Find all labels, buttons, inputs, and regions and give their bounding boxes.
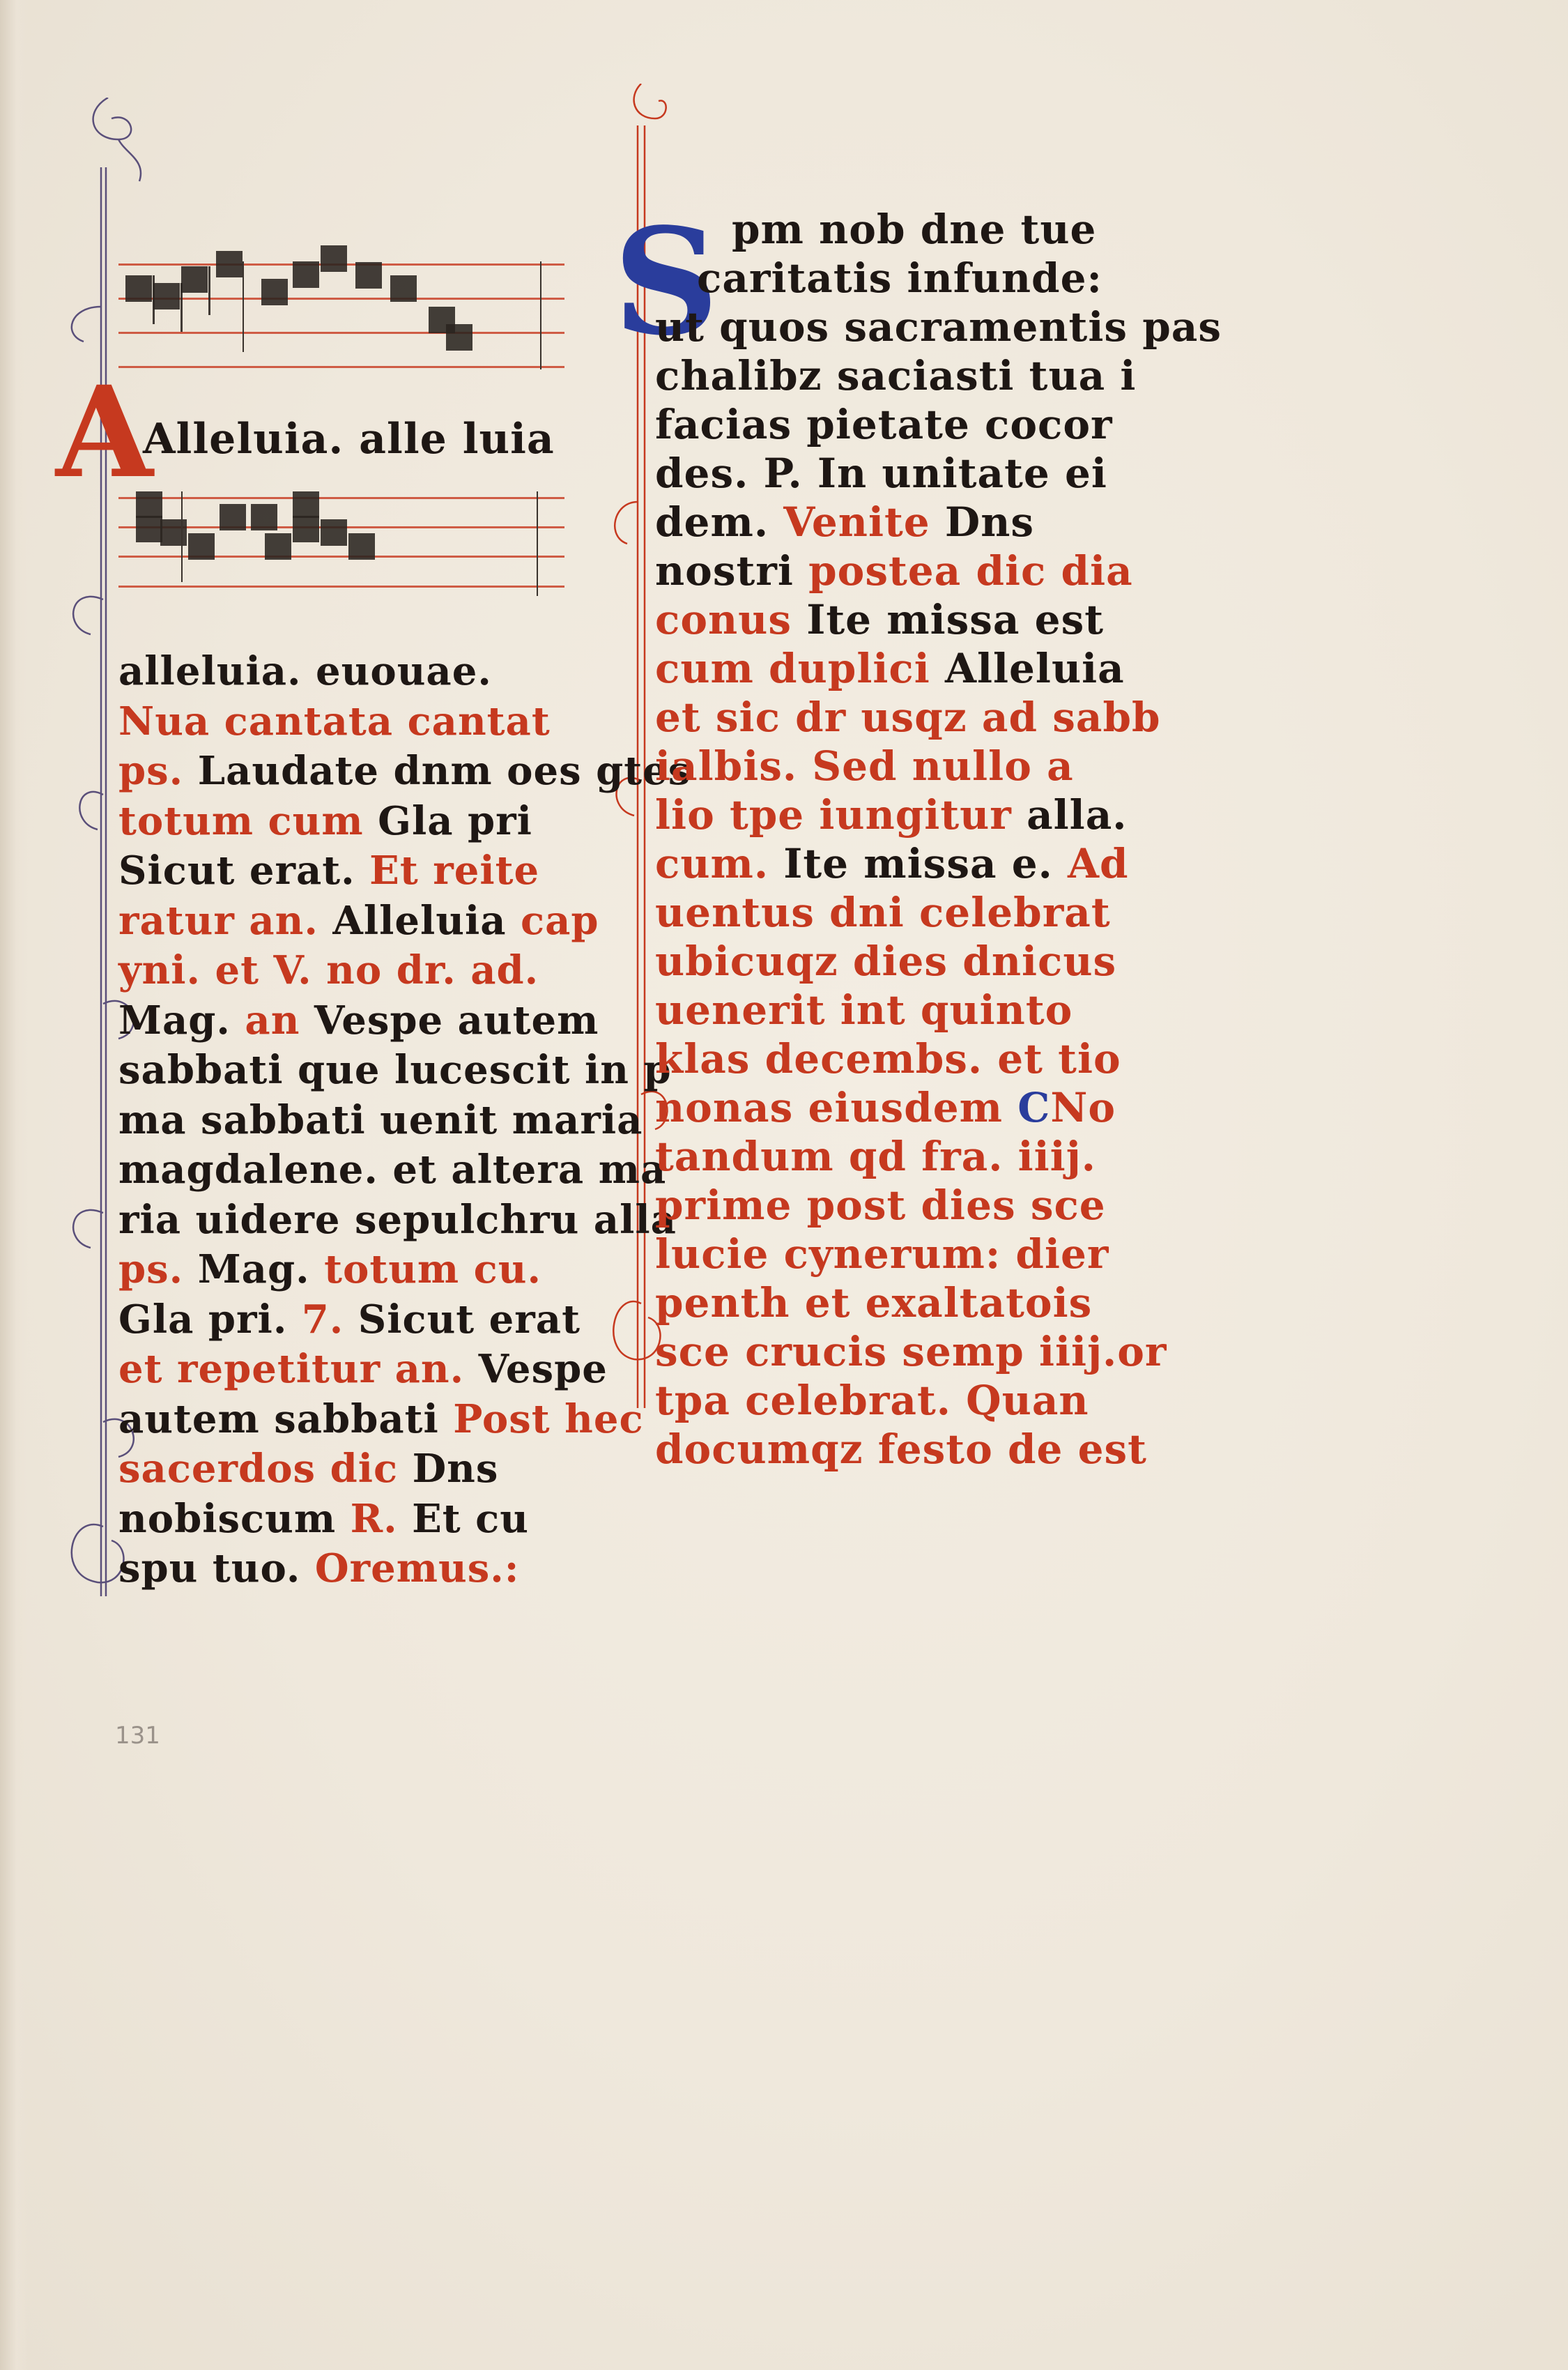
neume xyxy=(293,491,319,518)
text-line: cum. Ite missa e. Ad xyxy=(655,843,1129,884)
rubric-text: totum cu. xyxy=(324,1246,541,1292)
rubric-text: tandum qd fra. iiij. xyxy=(655,1133,1096,1180)
text-segment: Vespe autem xyxy=(314,997,599,1043)
rubric-text: cap xyxy=(521,898,599,944)
text-line: ratur an. Alleluia cap xyxy=(118,901,599,940)
rubric-text: uenerit int quinto xyxy=(655,986,1073,1034)
text-line: ps. Mag. totum cu. xyxy=(118,1250,541,1289)
text-line: nostri postea dic dia xyxy=(655,551,1133,591)
neume xyxy=(160,519,187,546)
music-staff-2 xyxy=(118,491,564,631)
rubric-text: cum. xyxy=(655,840,783,887)
text-line: tandum qd fra. iiij. xyxy=(655,1136,1096,1177)
text-segment: dem. xyxy=(655,498,783,546)
text-line: Mag. an Vespe autem xyxy=(118,1001,599,1040)
text-segment: Laudate dnm oes gtes xyxy=(198,748,691,794)
text-line: magdalene. et altera ma xyxy=(118,1150,666,1189)
neume xyxy=(261,279,288,305)
rubric-text: R. xyxy=(351,1496,413,1542)
neume xyxy=(251,504,277,530)
text-line: sacerdos dic Dns xyxy=(118,1449,498,1488)
text-line: alleluia. euouae. xyxy=(118,652,492,691)
neume xyxy=(265,533,291,560)
text-line: ubicuqz dies dnicus xyxy=(655,941,1116,981)
text-segment: ma sabbati uenit maria xyxy=(118,1097,643,1143)
text-line: Gla pri. 7. Sicut erat xyxy=(118,1300,581,1339)
text-segment: ria uidere sepulchru alla xyxy=(118,1197,677,1243)
text-line: chalibz saciasti tua i xyxy=(655,355,1136,396)
neume xyxy=(136,491,162,518)
rubric-text: totum cum xyxy=(118,798,378,844)
rubric-text: documqz festo de est xyxy=(655,1425,1147,1473)
music-staff-1 xyxy=(118,258,564,397)
text-line: Sicut erat. Et reite xyxy=(118,851,539,890)
text-line: dem. Venite Dns xyxy=(655,502,1034,542)
text-segment: Gla pri. xyxy=(118,1297,302,1343)
neume xyxy=(321,519,347,546)
text-segment: Mag. xyxy=(118,997,245,1043)
rubric-text: 7. xyxy=(302,1297,358,1343)
rubric-text: sce crucis semp iiij.or xyxy=(655,1328,1167,1375)
text-segment: caritatis infunde: xyxy=(697,254,1102,302)
rubric-text: prime post dies sce xyxy=(655,1182,1106,1229)
neume xyxy=(181,266,208,293)
rubric-text: klas decembs. et tio xyxy=(655,1035,1121,1083)
text-line: ma sabbati uenit maria xyxy=(118,1101,643,1140)
rubric-text: ratur an. xyxy=(118,898,332,944)
text-segment: Alleluia xyxy=(945,645,1125,692)
text-line: autem sabbati Post hec xyxy=(118,1400,644,1439)
text-line: ialbis. Sed nullo a xyxy=(655,746,1074,786)
neume xyxy=(188,533,215,560)
text-segment: nostri xyxy=(655,547,808,595)
text-segment: Dns xyxy=(413,1446,499,1492)
rubric-text: et sic dr usqz ad sabb xyxy=(655,694,1161,741)
rubric-text: Venite xyxy=(783,498,945,546)
neume xyxy=(348,533,375,560)
text-segment: alleluia. euouae. xyxy=(118,648,492,694)
text-line: des. P. In unitate ei xyxy=(655,453,1107,494)
neume xyxy=(355,262,382,289)
text-line: ps. Laudate dnm oes gtes xyxy=(118,751,691,790)
text-line: ria uidere sepulchru alla xyxy=(118,1200,677,1239)
neume xyxy=(293,261,319,288)
text-segment: Alleluia xyxy=(332,898,521,944)
rubric-text: Post hec xyxy=(453,1396,643,1442)
text-line: uenerit int quinto xyxy=(655,990,1073,1030)
rubric-text: conus xyxy=(655,596,806,643)
text-line: caritatis infunde: xyxy=(697,258,1102,298)
rubric-text: No xyxy=(1050,1084,1116,1131)
rubric-text: lucie cynerum: dier xyxy=(655,1230,1109,1278)
text-segment: Gla pri xyxy=(378,798,532,844)
neume xyxy=(216,251,243,277)
rubric-text: Ad xyxy=(1068,840,1129,887)
text-line: pm nob dne tue xyxy=(732,209,1096,250)
text-line: tpa celebrat. Quan xyxy=(655,1380,1089,1421)
rubric-text: yni. et V. no dr. ad. xyxy=(118,947,539,993)
rubric-text: Oremus.: xyxy=(315,1545,520,1591)
neume xyxy=(125,275,152,302)
text-line: totum cum Gla pri xyxy=(118,802,532,841)
neume xyxy=(136,516,162,542)
rubric-text: nonas eiusdem xyxy=(655,1084,1017,1131)
rubric-text: et repetitur an. xyxy=(118,1346,479,1392)
text-segment: nobiscum xyxy=(118,1496,351,1542)
text-segment: Ite missa e. xyxy=(783,840,1068,887)
text-segment: pm nob dne tue xyxy=(732,206,1096,253)
text-segment: Dns xyxy=(945,498,1034,546)
rubric-text: sacerdos dic xyxy=(118,1446,413,1492)
neume xyxy=(293,516,319,542)
text-segment: Vespe xyxy=(479,1346,608,1392)
neume xyxy=(220,504,246,530)
rubric-text: ialbis. Sed nullo a xyxy=(655,742,1074,790)
text-segment: chalibz saciasti tua i xyxy=(655,352,1136,399)
text-segment: Sicut erat. xyxy=(118,848,369,894)
text-line: ut quos sacramentis pas xyxy=(655,307,1222,347)
text-line: prime post dies sce xyxy=(655,1185,1106,1225)
text-line: yni. et V. no dr. ad. xyxy=(118,951,539,990)
text-line: cum duplici Alleluia xyxy=(655,648,1125,689)
text-line: lucie cynerum: dier xyxy=(655,1234,1109,1274)
neume xyxy=(153,283,180,309)
rubric-text: an xyxy=(245,997,314,1043)
text-line: et repetitur an. Vespe xyxy=(118,1350,608,1389)
text-segment: autem sabbati xyxy=(118,1396,453,1442)
neume xyxy=(321,245,347,272)
text-line: Nua cantata cantat xyxy=(118,702,551,741)
folio-number: 131 xyxy=(115,1722,160,1750)
text-line: sce crucis semp iiij.or xyxy=(655,1331,1167,1372)
text-segment: sabbati que lucescit in p xyxy=(118,1047,672,1093)
text-line: facias pietate cocor xyxy=(655,404,1113,445)
text-segment: Et cu xyxy=(412,1496,529,1542)
rubric-text: ubicuqz dies dnicus xyxy=(655,938,1116,985)
text-segment: des. P. In unitate ei xyxy=(655,450,1107,497)
initial-letter-A: A xyxy=(56,376,139,495)
rubric-text: ps. xyxy=(118,1246,198,1292)
text-segment: spu tuo. xyxy=(118,1545,315,1591)
text-line: et sic dr usqz ad sabb xyxy=(655,697,1161,737)
text-line: conus Ite missa est xyxy=(655,599,1104,640)
rubric-text: uentus dni celebrat xyxy=(655,889,1111,936)
rubric-text: cum duplici xyxy=(655,645,945,692)
text-line: spu tuo. Oremus.: xyxy=(118,1549,519,1588)
text-segment: magdalene. et altera ma xyxy=(118,1147,666,1193)
text-segment: alla. xyxy=(1027,791,1127,839)
text-line: uentus dni celebrat xyxy=(655,892,1111,933)
text-line: penth et exaltatois xyxy=(655,1283,1092,1323)
neume xyxy=(446,324,472,351)
text-segment: Mag. xyxy=(198,1246,324,1292)
text-segment: C xyxy=(1017,1084,1050,1131)
text-segment: ut quos sacramentis pas xyxy=(655,303,1222,351)
text-line: lio tpe iungitur alla. xyxy=(655,795,1127,835)
rubric-text: Et reite xyxy=(369,848,539,894)
rubric-text: postea dic dia xyxy=(808,547,1133,595)
text-segment: facias pietate cocor xyxy=(655,401,1113,448)
text-line: sabbati que lucescit in p xyxy=(118,1050,672,1090)
rubric-text: Nua cantata cantat xyxy=(118,698,551,744)
text-line: nonas eiusdem CNo xyxy=(655,1087,1116,1128)
text-line: nobiscum R. Et cu xyxy=(118,1499,529,1538)
text-segment: Ite missa est xyxy=(806,596,1104,643)
rubric-text: ps. xyxy=(118,748,198,794)
text-segment: Sicut erat xyxy=(358,1297,581,1343)
rubric-text: lio tpe iungitur xyxy=(655,791,1027,839)
text-line: documqz festo de est xyxy=(655,1429,1147,1469)
rubric-text: penth et exaltatois xyxy=(655,1279,1092,1327)
rubric-text: tpa celebrat. Quan xyxy=(655,1377,1089,1424)
binding-gutter xyxy=(0,0,28,2370)
chant-text: Alleluia. alle luia xyxy=(143,418,555,460)
neume xyxy=(390,275,417,302)
text-line: klas decembs. et tio xyxy=(655,1039,1121,1079)
